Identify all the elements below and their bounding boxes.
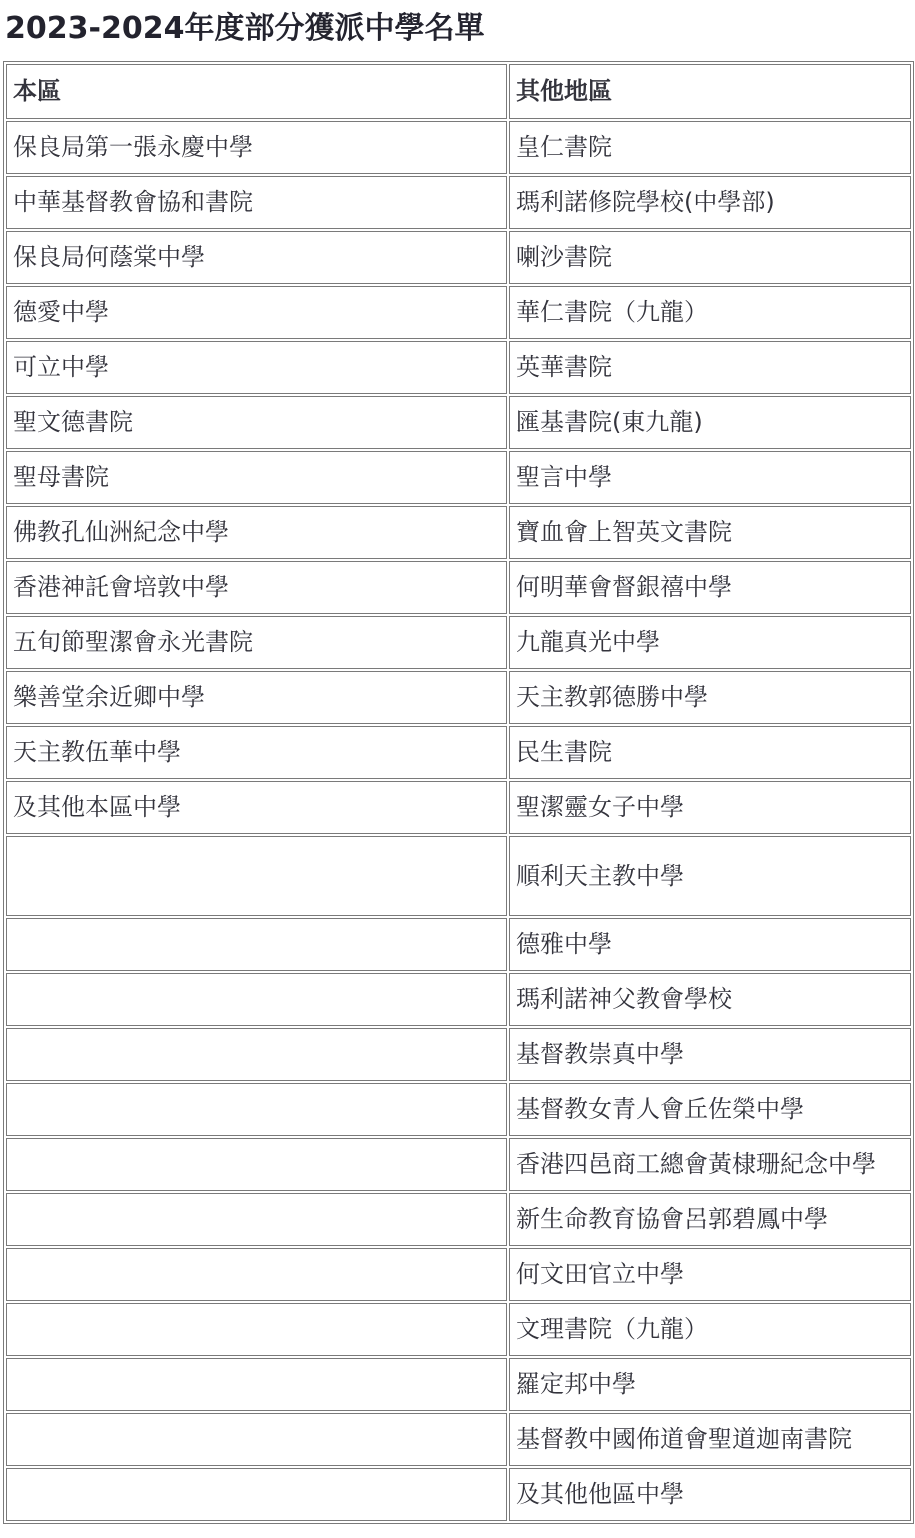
- cell-local-school: [6, 1083, 507, 1136]
- table-row: 聖文德書院匯基書院(東九龍): [6, 396, 911, 449]
- header-row: 本區 其他地區: [6, 64, 911, 119]
- table-row: 五旬節聖潔會永光書院九龍真光中學: [6, 616, 911, 669]
- cell-local-school: 聖文德書院: [6, 396, 507, 449]
- school-allocation-table: 本區 其他地區 保良局第一張永慶中學皇仁書院中華基督教會協和書院瑪利諾修院學校(…: [3, 61, 914, 1524]
- cell-local-school: [6, 1248, 507, 1301]
- cell-other-school: 聖潔靈女子中學: [509, 781, 911, 834]
- table-row: 基督教女青人會丘佐榮中學: [6, 1083, 911, 1136]
- cell-other-school: 基督教女青人會丘佐榮中學: [509, 1083, 911, 1136]
- cell-local-school: 聖母書院: [6, 451, 507, 504]
- table-row: 香港神託會培敦中學何明華會督銀禧中學: [6, 561, 911, 614]
- table-header: 本區 其他地區: [6, 64, 911, 119]
- column-header-local-district: 本區: [6, 64, 507, 119]
- cell-local-school: 樂善堂余近卿中學: [6, 671, 507, 724]
- table-row: 保良局第一張永慶中學皇仁書院: [6, 121, 911, 174]
- table-body: 保良局第一張永慶中學皇仁書院中華基督教會協和書院瑪利諾修院學校(中學部)保良局何…: [6, 121, 911, 1521]
- cell-other-school: 九龍真光中學: [509, 616, 911, 669]
- table-row: 可立中學英華書院: [6, 341, 911, 394]
- cell-other-school: 文理書院（九龍）: [509, 1303, 911, 1356]
- cell-other-school: 何明華會督銀禧中學: [509, 561, 911, 614]
- cell-local-school: 佛教孔仙洲紀念中學: [6, 506, 507, 559]
- table-row: 香港四邑商工總會黃棣珊紀念中學: [6, 1138, 911, 1191]
- cell-other-school: 香港四邑商工總會黃棣珊紀念中學: [509, 1138, 911, 1191]
- cell-local-school: [6, 918, 507, 971]
- cell-other-school: 及其他他區中學: [509, 1468, 911, 1521]
- table-row: 中華基督教會協和書院瑪利諾修院學校(中學部): [6, 176, 911, 229]
- table-row: 天主教伍華中學民生書院: [6, 726, 911, 779]
- cell-other-school: 匯基書院(東九龍): [509, 396, 911, 449]
- cell-local-school: [6, 1193, 507, 1246]
- cell-other-school: 英華書院: [509, 341, 911, 394]
- table-row: 基督教崇真中學: [6, 1028, 911, 1081]
- cell-other-school: 基督教崇真中學: [509, 1028, 911, 1081]
- cell-local-school: [6, 836, 507, 916]
- table-row: 佛教孔仙洲紀念中學寶血會上智英文書院: [6, 506, 911, 559]
- cell-other-school: 何文田官立中學: [509, 1248, 911, 1301]
- cell-other-school: 喇沙書院: [509, 231, 911, 284]
- table-row: 新生命教育協會呂郭碧鳳中學: [6, 1193, 911, 1246]
- cell-local-school: 天主教伍華中學: [6, 726, 507, 779]
- cell-local-school: [6, 1413, 507, 1466]
- cell-local-school: 德愛中學: [6, 286, 507, 339]
- cell-other-school: 皇仁書院: [509, 121, 911, 174]
- cell-local-school: [6, 1028, 507, 1081]
- table-row: 樂善堂余近卿中學天主教郭德勝中學: [6, 671, 911, 724]
- cell-other-school: 順利天主教中學: [509, 836, 911, 916]
- cell-local-school: 保良局第一張永慶中學: [6, 121, 507, 174]
- table-row: 聖母書院聖言中學: [6, 451, 911, 504]
- cell-other-school: 瑪利諾神父教會學校: [509, 973, 911, 1026]
- cell-local-school: 可立中學: [6, 341, 507, 394]
- table-row: 德愛中學華仁書院（九龍）: [6, 286, 911, 339]
- table-row: 基督教中國佈道會聖道迦南書院: [6, 1413, 911, 1466]
- table-row: 保良局何蔭棠中學喇沙書院: [6, 231, 911, 284]
- table-row: 及其他他區中學: [6, 1468, 911, 1521]
- cell-other-school: 天主教郭德勝中學: [509, 671, 911, 724]
- cell-local-school: 中華基督教會協和書院: [6, 176, 507, 229]
- cell-local-school: 保良局何蔭棠中學: [6, 231, 507, 284]
- school-allocation-page: 2023-2024年度部分獲派中學名單 本區 其他地區 保良局第一張永慶中學皇仁…: [0, 0, 915, 1532]
- cell-local-school: [6, 1358, 507, 1411]
- cell-other-school: 瑪利諾修院學校(中學部): [509, 176, 911, 229]
- table-row: 及其他本區中學聖潔靈女子中學: [6, 781, 911, 834]
- cell-local-school: [6, 1138, 507, 1191]
- cell-other-school: 羅定邦中學: [509, 1358, 911, 1411]
- table-row: 文理書院（九龍）: [6, 1303, 911, 1356]
- table-row: 德雅中學: [6, 918, 911, 971]
- cell-local-school: [6, 1468, 507, 1521]
- cell-other-school: 德雅中學: [509, 918, 911, 971]
- cell-local-school: [6, 1303, 507, 1356]
- table-row: 何文田官立中學: [6, 1248, 911, 1301]
- page-title: 2023-2024年度部分獲派中學名單: [5, 12, 915, 47]
- cell-other-school: 寶血會上智英文書院: [509, 506, 911, 559]
- cell-other-school: 新生命教育協會呂郭碧鳳中學: [509, 1193, 911, 1246]
- cell-other-school: 華仁書院（九龍）: [509, 286, 911, 339]
- table-row: 順利天主教中學: [6, 836, 911, 916]
- table-row: 瑪利諾神父教會學校: [6, 973, 911, 1026]
- column-header-other-districts: 其他地區: [509, 64, 911, 119]
- cell-other-school: 聖言中學: [509, 451, 911, 504]
- cell-local-school: [6, 973, 507, 1026]
- cell-local-school: 及其他本區中學: [6, 781, 507, 834]
- cell-local-school: 五旬節聖潔會永光書院: [6, 616, 507, 669]
- cell-other-school: 民生書院: [509, 726, 911, 779]
- cell-other-school: 基督教中國佈道會聖道迦南書院: [509, 1413, 911, 1466]
- cell-local-school: 香港神託會培敦中學: [6, 561, 507, 614]
- table-row: 羅定邦中學: [6, 1358, 911, 1411]
